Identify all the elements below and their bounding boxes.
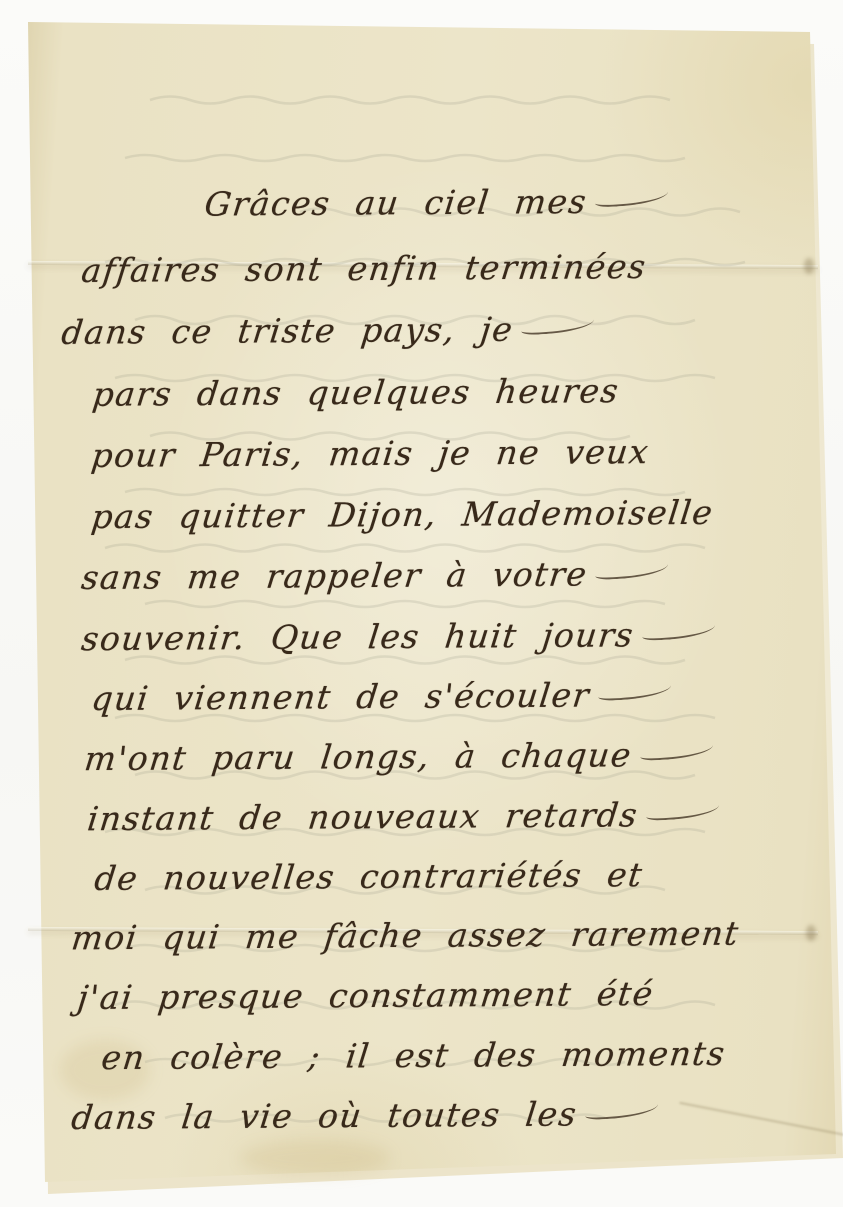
- handwriting-line: affaires sont enfin terminées: [80, 247, 649, 290]
- pen-flourish: [646, 800, 719, 821]
- pen-flourish: [595, 559, 668, 580]
- pen-flourish: [642, 620, 715, 641]
- handwriting-line: pars dans quelques heures: [91, 371, 622, 414]
- handwriting-line: dans ce triste pays, je: [60, 309, 596, 352]
- handwriting-line: instant de nouveaux retards: [85, 795, 720, 838]
- handwriting-line: j'ai presque constamment été: [76, 974, 657, 1017]
- pen-flourish: [598, 680, 671, 701]
- handwriting-line: sans me rappeler à votre: [79, 554, 669, 597]
- pen-flourish: [640, 740, 713, 761]
- handwriting-line: qui viennent de s'écouler: [90, 675, 673, 718]
- handwriting-line: en colère ; il est des moments: [99, 1034, 727, 1077]
- pen-flourish: [521, 314, 594, 335]
- handwriting-line: moi qui me fâche assez rarement: [69, 914, 741, 958]
- handwriting-line: dans la vie où toutes les: [69, 1094, 659, 1137]
- handwriting-line: Grâces au ciel mes: [203, 181, 670, 223]
- handwriting-line: m'ont paru longs, à chaque: [82, 735, 714, 778]
- pen-flourish: [595, 187, 668, 208]
- handwriting-line: pour Paris, mais je ne veux: [90, 432, 652, 475]
- pen-flourish: [585, 1099, 658, 1120]
- handwriting-line: pas quitter Dijon, Mademoiselle: [89, 493, 715, 536]
- scan-stage: Grâces au ciel mesaffaires sont enfin te…: [0, 0, 843, 1207]
- handwriting-line: de nouvelles contrariétés et: [93, 855, 646, 898]
- handwriting-layer: Grâces au ciel mesaffaires sont enfin te…: [0, 0, 843, 1207]
- handwriting-line: souvenir. Que les huit jours: [79, 615, 716, 658]
